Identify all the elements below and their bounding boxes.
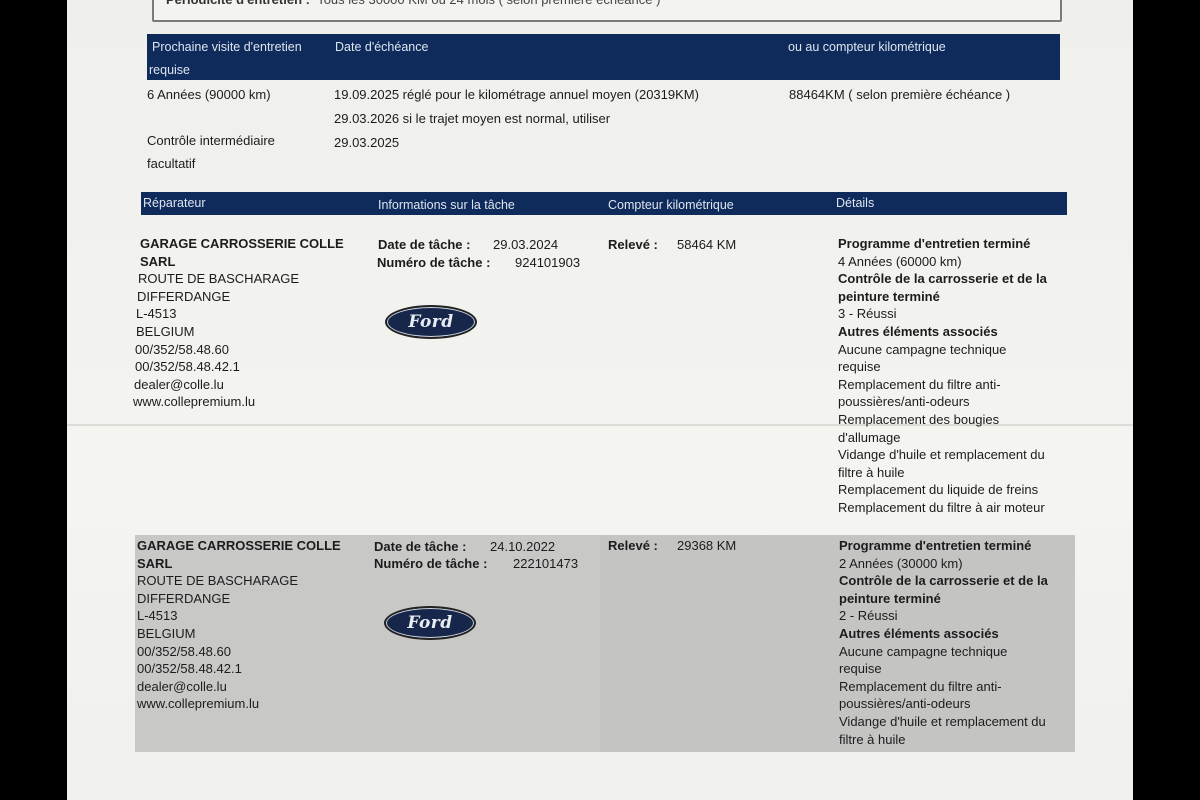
next-due-date-2: 29.03.2026 si le trajet moyen est normal… [334,111,610,126]
detail-line: requise [839,660,1048,678]
task-number: 924101903 [515,255,580,270]
detail-line: Remplacement du filtre anti- [839,678,1048,696]
task-date: 29.03.2024 [493,237,558,252]
header-next-visit-l2: requise [149,63,190,77]
detail-line: Remplacement du liquide de freins [838,481,1047,499]
detail-line: Autres éléments associés [838,323,1047,341]
interval-value: Tous les 30000 KM ou 24 mois ( selon pre… [317,0,660,7]
intermediate-check-date: 29.03.2025 [334,135,399,150]
interval-label: Périodicité d'entretien : [166,0,310,7]
detail-line: Aucune campagne technique [838,341,1047,359]
detail-line: peinture terminé [838,288,1047,306]
dealer-info: GARAGE CARROSSERIE COLLE SARL ROUTE DE B… [137,537,341,713]
detail-line: 3 - Réussi [838,305,1047,323]
maintenance-interval-box: Périodicité d'entretien : Tous les 30000… [152,0,1062,22]
task-number: 222101473 [513,556,578,571]
next-odometer: 88464KM ( selon première échéance ) [789,87,1010,102]
next-due-date-1: 19.09.2025 réglé pour le kilométrage ann… [334,87,699,102]
detail-line: Remplacement du filtre à air moteur [838,499,1047,517]
task-number-label: Numéro de tâche : [374,556,487,571]
detail-line: 4 Années (60000 km) [838,253,1047,271]
service-details: Programme d'entretien terminé2 Années (3… [839,537,1048,748]
detail-line: Remplacement des bougies [838,411,1047,429]
detail-line: 2 Années (30000 km) [839,555,1048,573]
detail-line: poussières/anti-odeurs [839,695,1048,713]
task-number-label: Numéro de tâche : [377,255,490,270]
detail-line: Programme d'entretien terminé [839,537,1048,555]
detail-line: Vidange d'huile et remplacement du [839,713,1048,731]
ford-logo-icon: Ford [384,606,476,640]
detail-line: poussières/anti-odeurs [838,393,1047,411]
detail-line: d'allumage [838,429,1047,447]
header-next-visit-l1: Prochaine visite d'entretien [152,40,302,54]
header-odometer: ou au compteur kilométrique [788,40,946,54]
detail-line: filtre à huile [839,731,1048,749]
history-header: Réparateur Informations sur la tâche Com… [141,192,1067,215]
intermediate-check-l1: Contrôle intermédiaire [147,133,275,148]
task-date-label: Date de tâche : [374,539,466,554]
header-details: Détails [836,196,874,210]
detail-line: Remplacement du filtre anti- [838,376,1047,394]
detail-line: Contrôle de la carrosserie et de la [839,572,1048,590]
header-task-info: Informations sur la tâche [378,198,515,212]
next-service: 6 Années (90000 km) [147,87,271,102]
detail-line: 2 - Réussi [839,607,1048,625]
header-mileage: Compteur kilométrique [608,198,734,212]
detail-line: peinture terminé [839,590,1048,608]
odometer-label: Relevé : [608,538,658,553]
odometer-reading: 29368 KM [677,538,736,553]
service-details: Programme d'entretien terminé4 Années (6… [838,235,1047,517]
ford-logo-icon: Ford [385,305,477,339]
task-date: 24.10.2022 [490,539,555,554]
detail-line: Autres éléments associés [839,625,1048,643]
odometer-reading: 58464 KM [677,237,736,252]
detail-line: Contrôle de la carrosserie et de la [838,270,1047,288]
task-date-label: Date de tâche : [378,237,470,252]
detail-line: requise [838,358,1047,376]
detail-line: filtre à huile [838,464,1047,482]
detail-line: Programme d'entretien terminé [838,235,1047,253]
intermediate-check-l2: facultatif [147,156,195,171]
next-visit-header: Prochaine visite d'entretien requise Dat… [147,34,1060,80]
detail-line: Vidange d'huile et remplacement du [838,446,1047,464]
header-due-date: Date d'échéance [335,40,428,54]
odometer-label: Relevé : [608,237,658,252]
detail-line: Aucune campagne technique [839,643,1048,661]
dealer-info: GARAGE CARROSSERIE COLLE SARL ROUTE DE B… [140,235,344,411]
header-repairer: Réparateur [143,196,206,210]
